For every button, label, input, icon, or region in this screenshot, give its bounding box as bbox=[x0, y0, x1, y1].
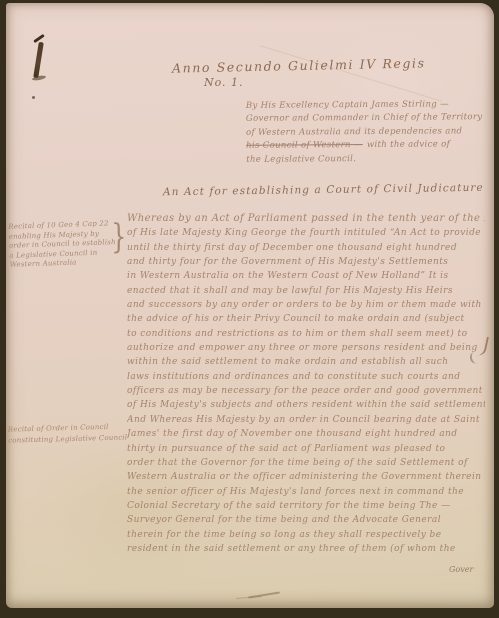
body-line: And Whereas His Majesty by an order in C… bbox=[127, 413, 485, 427]
body-line: in Western Australia on the Western Coas… bbox=[127, 269, 485, 283]
body-line: the senior officer of His Majesty's land… bbox=[127, 485, 485, 499]
body-line: of His Majesty's subjects and others res… bbox=[127, 398, 485, 412]
body-line: of His late Majesty King George the four… bbox=[127, 226, 485, 240]
body-line: enacted that it shall and may be lawful … bbox=[127, 284, 485, 298]
catchword: Gover bbox=[449, 565, 473, 574]
scanned-manuscript-page: Anno Secundo Gulielmi IV Regis No. 1. By… bbox=[0, 0, 499, 618]
body-line: until the thirty first day of December o… bbox=[127, 241, 485, 255]
proclamation-line-with-strikethrough: his Council of Western —with the advice … bbox=[246, 138, 484, 153]
body-line: James' the first day of November one tho… bbox=[127, 427, 485, 441]
margin-note-recital-order: Recital of Order in Council constituting… bbox=[8, 421, 129, 446]
proclamation-line: the Legislative Council. bbox=[246, 152, 484, 167]
body-line: Whereas by an Act of Parliament passed i… bbox=[127, 212, 485, 226]
body-line: and thirty four for the Government of Hi… bbox=[127, 255, 485, 269]
body-line: to conditions and restrictions as to him… bbox=[127, 327, 485, 341]
proclamation-line-rest: with the advice of bbox=[367, 140, 450, 151]
body-line: laws institutions and ordinances and to … bbox=[127, 370, 485, 384]
proclamation-line: Governor and Commander in Chief of the T… bbox=[246, 112, 484, 127]
struck-text: his Council of Western — bbox=[246, 140, 363, 151]
body-line: Western Australia or the officer adminis… bbox=[127, 470, 485, 484]
body-line: the advice of his or their Privy Council… bbox=[127, 312, 485, 326]
margin-note-recital-act: Recital of 10 Geo 4 Cap 22 enabling His … bbox=[8, 219, 114, 271]
body-line: therein for the time being so long as th… bbox=[127, 528, 485, 542]
body-line: resident in the said settlement or any t… bbox=[127, 542, 485, 556]
margin-brace: } bbox=[111, 217, 126, 257]
act-body-text: Whereas by an Act of Parliament passed i… bbox=[127, 212, 485, 556]
body-line: within the said settlement to make ordai… bbox=[127, 355, 485, 369]
body-line: authorize and empower any three or more … bbox=[127, 341, 485, 355]
body-line: order that the Governor for the time bei… bbox=[127, 456, 485, 470]
body-line: Colonial Secretary of the said territory… bbox=[127, 499, 485, 513]
body-line: officers as may be necessary for the pea… bbox=[127, 384, 485, 398]
body-line: and successors by any order or orders to… bbox=[127, 298, 485, 312]
body-line: Surveyor General for the time being and … bbox=[127, 513, 485, 527]
act-number: No. 1. bbox=[204, 76, 244, 89]
body-line: thirty in pursuance of the said act of P… bbox=[127, 442, 485, 456]
proclamation-block: By His Excellency Captain James Stirling… bbox=[246, 98, 484, 167]
ink-speck bbox=[32, 96, 35, 99]
